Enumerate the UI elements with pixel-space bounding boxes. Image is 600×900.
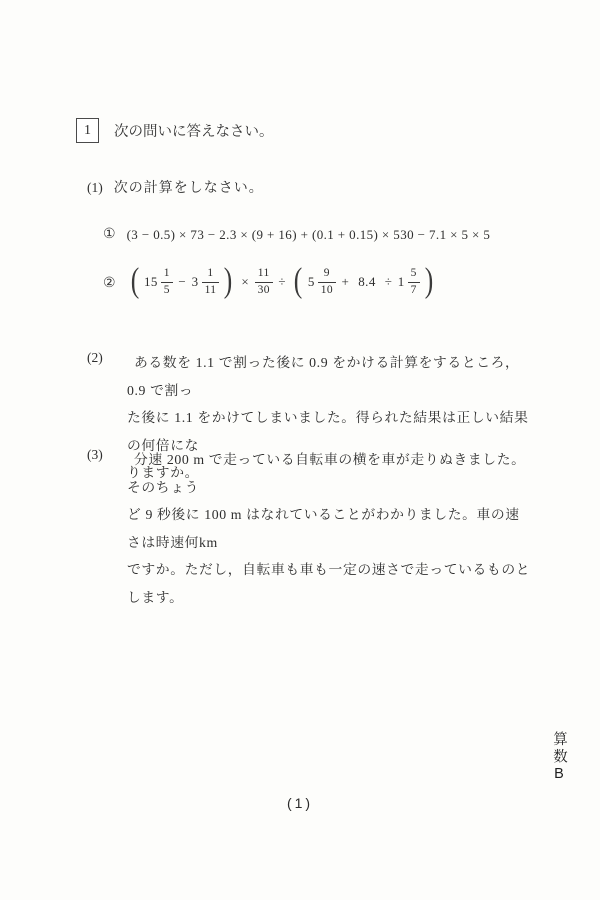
question-1: (1)次の計算をしなさい。 <box>87 177 264 197</box>
numerator: 1 <box>202 268 220 283</box>
operator: ÷ <box>278 274 286 289</box>
operator: + <box>342 274 350 289</box>
calculation-item-2: ② (1515−3111)×1130÷(5910+8.4÷157) <box>103 261 437 305</box>
paren: ) <box>425 261 434 300</box>
whole-number: 5 <box>308 274 315 289</box>
question-1-text: 次の計算をしなさい。 <box>114 181 264 196</box>
question-2-line: ある数を 1.1 で割った後に 0.9 をかける計算をするところ，0.9 で割っ <box>127 349 532 404</box>
question-3-text: 分速 200 m で走っている自転車の横を車が走りぬきました。そのちょう ど 9… <box>127 446 532 611</box>
numerator: 5 <box>408 268 420 283</box>
paren: ) <box>224 261 233 300</box>
problem-number-box: 1 <box>76 118 99 143</box>
denominator: 30 <box>255 283 273 297</box>
denominator: 7 <box>408 283 420 297</box>
fraction: 1130 <box>255 268 273 297</box>
circled-2-label: ② <box>103 275 116 292</box>
worksheet-page: 1 次の問いに答えなさい。 (1)次の計算をしなさい。 ① (3 − 0.5) … <box>0 0 600 900</box>
whole-number: 3 <box>192 274 199 289</box>
fraction: 57 <box>408 268 420 297</box>
denominator: 5 <box>161 283 173 297</box>
calculation-item-1: ① (3 − 0.5) × 73 − 2.3 × (9 + 16) + (0.1… <box>103 226 490 243</box>
whole-number: 1 <box>398 274 405 289</box>
operator: − <box>178 274 186 289</box>
operator: ÷ <box>385 274 393 289</box>
problem-header: 1 次の問いに答えなさい。 <box>76 118 274 143</box>
question-3-line: ど 9 秒後に 100 m はなれていることがわかりました。車の速さは時速何km <box>127 501 532 556</box>
fraction: 15 <box>161 268 173 297</box>
equation-2: (1515−3111)×1130÷(5910+8.4÷157) <box>127 266 438 300</box>
whole-number: 15 <box>144 274 158 289</box>
equation-1: (3 − 0.5) × 73 − 2.3 × (9 + 16) + (0.1 +… <box>127 227 491 243</box>
fraction: 111 <box>202 268 220 297</box>
question-3-label: (3) <box>87 446 116 611</box>
paren: ( <box>130 261 139 300</box>
question-1-label: (1) <box>87 180 103 195</box>
problem-instruction: 次の問いに答えなさい。 <box>114 120 274 141</box>
subject-side-label: 算数B <box>549 731 570 785</box>
denominator: 11 <box>202 283 220 297</box>
question-3-line: 分速 200 m で走っている自転車の横を車が走りぬきました。そのちょう <box>127 446 532 501</box>
question-3: (3) 分速 200 m で走っている自転車の横を車が走りぬきました。そのちょう… <box>87 446 532 611</box>
numerator: 1 <box>161 268 173 283</box>
page-number: (1) <box>0 795 600 811</box>
denominator: 10 <box>318 283 336 297</box>
fraction: 910 <box>318 268 336 297</box>
question-3-line: ですか。ただし，自転車も車も一定の速さで走っているものとします。 <box>127 556 532 611</box>
numerator: 9 <box>318 268 336 283</box>
numerator: 11 <box>255 268 273 283</box>
operator: × <box>241 274 249 289</box>
circled-1-label: ① <box>103 226 116 243</box>
paren: ( <box>294 261 303 300</box>
number: 8.4 <box>358 274 375 289</box>
